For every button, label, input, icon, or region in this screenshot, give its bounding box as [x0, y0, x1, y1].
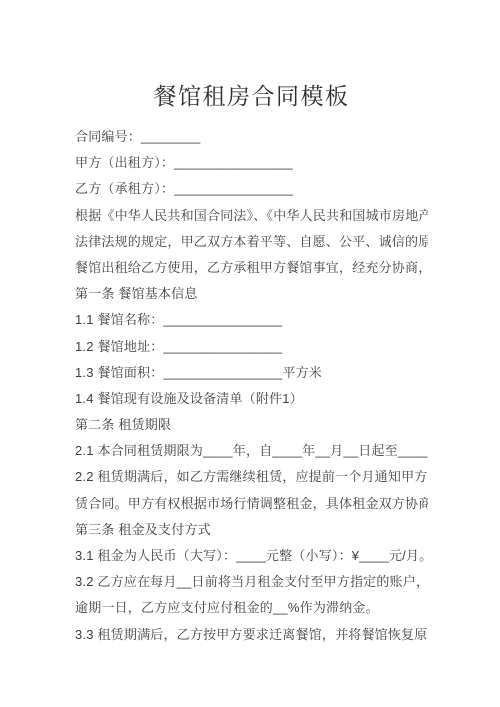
section-3-item: 3.3 租赁期满后，乙方按甲方要求迁离餐馆，并将餐馆恢复原状。如有损坏，: [75, 622, 428, 648]
section-3-heading: 第三条 租金及支付方式: [75, 517, 428, 543]
preamble-line: 餐馆出租给乙方使用，乙方承租甲方餐馆事宜，经充分协商，达成以下协议：: [75, 255, 428, 281]
contract-document: 餐馆租房合同模板 合同编号：________ 甲方（出租方）：_________…: [0, 0, 500, 707]
section-1-item: 1.1 餐馆名称：________________: [75, 307, 428, 333]
preamble-line: 法律法规的规定，甲乙双方本着平等、自愿、公平、诚信的原则，就甲方将其: [75, 229, 428, 255]
party-a-line: 甲方（出租方）：________________: [75, 150, 428, 176]
document-body: 合同编号：________ 甲方（出租方）：________________ 乙…: [75, 124, 428, 648]
section-3-item: 3.1 租金为人民币（大写）：____元整（小写）：¥____元/月。: [75, 543, 428, 569]
section-1-item: 1.4 餐馆现有设施及设备清单（附件1）: [75, 386, 428, 412]
section-2-item: 赁合同。甲方有权根据市场行情调整租金，具体租金双方协商确定。: [75, 491, 428, 517]
section-2-item: 2.2 租赁期满后，如乙方需继续租赁，应提前一个月通知甲方，并签订新的租: [75, 464, 428, 490]
section-1-heading: 第一条 餐馆基本信息: [75, 281, 428, 307]
section-3-item: 逾期一日，乙方应支付应付租金的__%作为滞纳金。: [75, 595, 428, 621]
section-2-item: 2.1 本合同租赁期限为____年，自____年__月__日起至____年__月…: [75, 438, 428, 464]
section-1-item: 1.3 餐馆面积：________________平方米: [75, 360, 428, 386]
section-2-heading: 第二条 租赁期限: [75, 412, 428, 438]
section-1-item: 1.2 餐馆地址：________________: [75, 334, 428, 360]
party-b-line: 乙方（承租方）：________________: [75, 176, 428, 202]
preamble-line: 根据《中华人民共和国合同法》、《中华人民共和国城市房地产管理法》及相关: [75, 203, 428, 229]
section-3-item: 3.2 乙方应在每月__日前将当月租金支付至甲方指定的账户，逾期未付的，每: [75, 569, 428, 595]
contract-number-line: 合同编号：________: [75, 124, 428, 150]
document-title: 餐馆租房合同模板: [75, 0, 428, 110]
